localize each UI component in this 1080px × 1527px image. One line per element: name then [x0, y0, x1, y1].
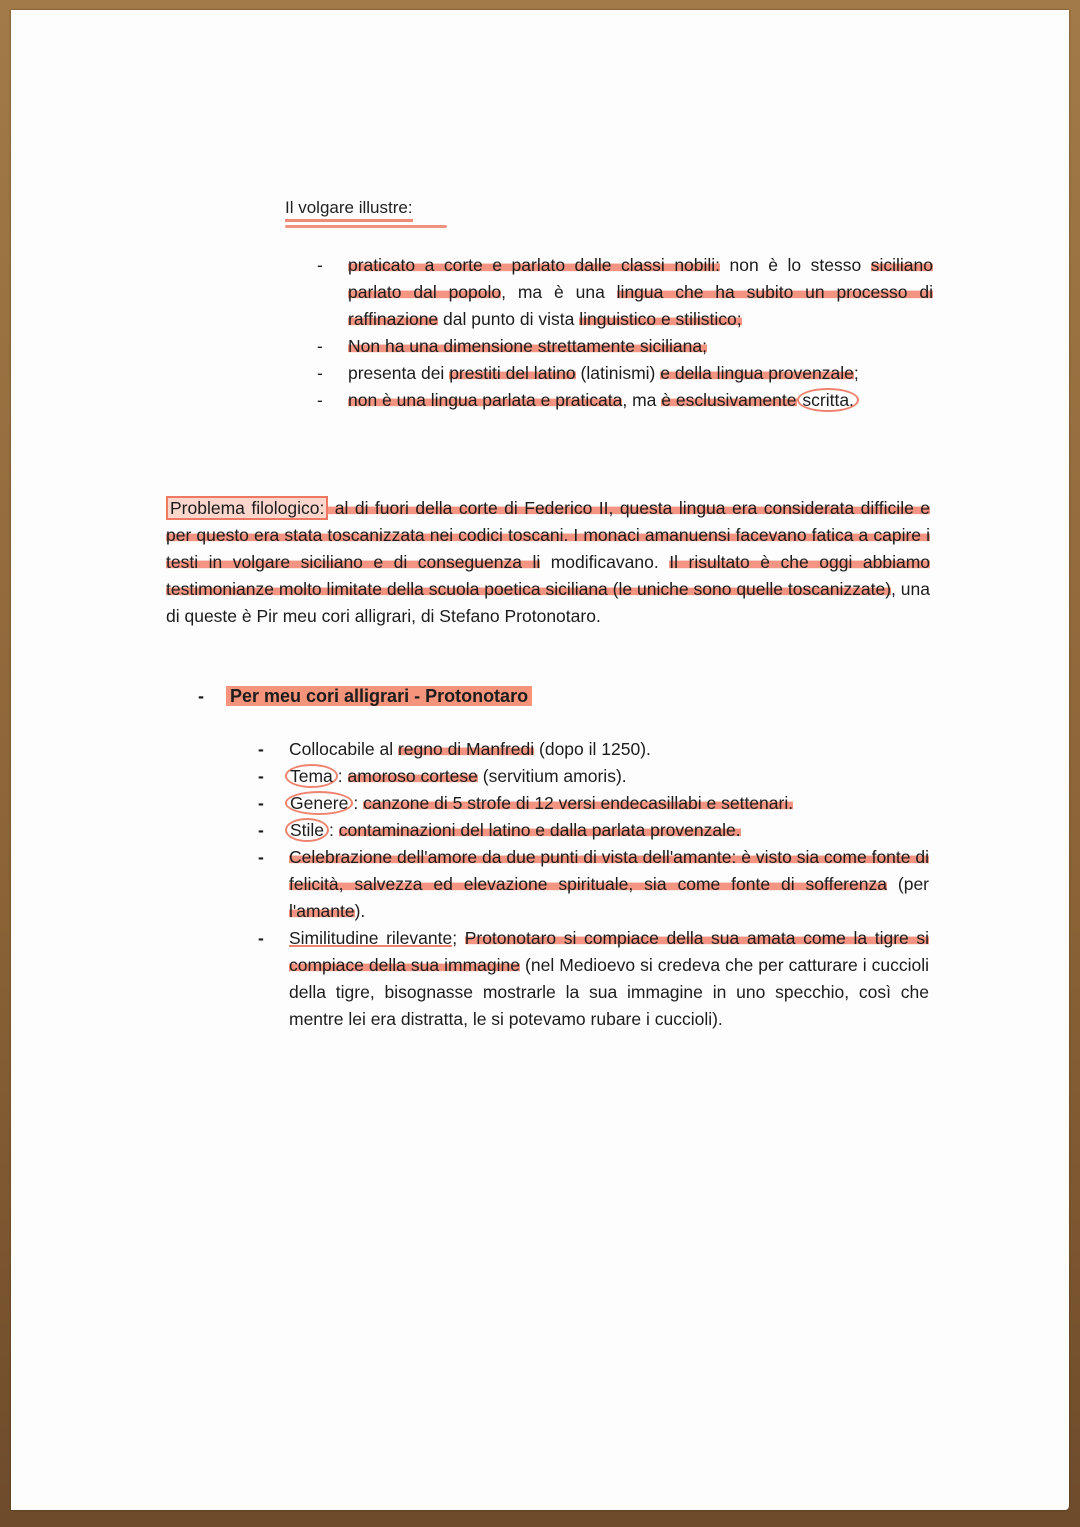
- problema-filologico-paragraph: Problema filologico: al di fuori della c…: [166, 495, 930, 630]
- text: (dopo il 1250).: [534, 739, 651, 759]
- highlighted-text: Celebrazione dell'amore da due punti di …: [289, 847, 929, 894]
- list-item: Similitudine rilevante; Protonotaro si c…: [289, 925, 929, 1033]
- highlighted-text: prestiti del latino: [449, 363, 575, 383]
- underlined-text: Similitudine rilevante;: [289, 928, 457, 948]
- text: [457, 928, 465, 948]
- text: :: [338, 766, 348, 786]
- text: Collocabile al: [289, 739, 398, 759]
- text: (per: [887, 874, 929, 894]
- heading-text: Per meu cori alligrari - Protonotaro: [226, 686, 532, 706]
- text: , ma: [622, 390, 661, 410]
- circled-word: Stile: [285, 818, 329, 842]
- text: (servitium amoris).: [478, 766, 627, 786]
- list-item: Tema: amoroso cortese (servitium amoris)…: [289, 763, 929, 790]
- text: presenta dei: [348, 363, 449, 383]
- text: ).: [355, 901, 366, 921]
- highlighted-text: contaminazioni del latino e dalla parlat…: [339, 820, 741, 840]
- list-item: Celebrazione dell'amore da due punti di …: [289, 844, 929, 925]
- text: :: [329, 820, 339, 840]
- text: non è lo stesso: [720, 255, 871, 275]
- poem-heading: -Per meu cori alligrari - Protonotaro: [198, 686, 532, 707]
- list-item: Genere: canzone di 5 strofe di 12 versi …: [289, 790, 929, 817]
- list-item: praticato a corte e parlato dalle classi…: [348, 252, 933, 333]
- list-item: Stile: contaminazioni del latino e dalla…: [289, 817, 929, 844]
- list-item: Collocabile al regno di Manfredi (dopo i…: [289, 736, 929, 763]
- highlighted-text: e della lingua provenzale: [660, 363, 854, 383]
- text: :: [353, 793, 363, 813]
- circled-word: Genere: [285, 791, 353, 815]
- highlighted-text: l'amante: [289, 901, 355, 921]
- list-item: presenta dei prestiti del latino (latini…: [348, 360, 933, 387]
- highlighted-text: linguistico e stilistico;: [579, 309, 741, 329]
- highlighted-text: praticato a corte e parlato dalle classi…: [348, 255, 720, 275]
- highlighted-text: è esclusivamente: [661, 390, 796, 410]
- title-underline: [285, 225, 447, 228]
- text: (latinismi): [576, 363, 661, 383]
- text: , ma è una: [501, 282, 617, 302]
- section-title-volgare-illustre: Il volgare illustre:: [285, 198, 413, 222]
- text: modificavano.: [540, 552, 669, 572]
- title-text: Il volgare illustre:: [285, 198, 413, 222]
- circled-word: scritta.: [797, 388, 859, 412]
- volgare-list: praticato a corte e parlato dalle classi…: [348, 252, 933, 414]
- list-item: Non ha una dimensione strettamente sicil…: [348, 333, 933, 360]
- poem-list: Collocabile al regno di Manfredi (dopo i…: [289, 736, 929, 1033]
- text: dal punto di vista: [438, 309, 579, 329]
- circled-word: Tema: [285, 764, 338, 788]
- highlighted-text: canzone di 5 strofe di 12 versi endecasi…: [363, 793, 793, 813]
- highlighted-text: amoroso cortese: [348, 766, 478, 786]
- highlighted-text: Non ha una dimensione strettamente sicil…: [348, 336, 707, 356]
- dash-bullet: -: [198, 686, 226, 707]
- list-item: non è una lingua parlata e praticata, ma…: [348, 387, 933, 414]
- text: ;: [854, 363, 859, 383]
- highlighted-text: non è una lingua parlata e praticata: [348, 390, 622, 410]
- highlighted-text: regno di Manfredi: [398, 739, 534, 759]
- boxed-label: Problema filologico:: [166, 496, 328, 520]
